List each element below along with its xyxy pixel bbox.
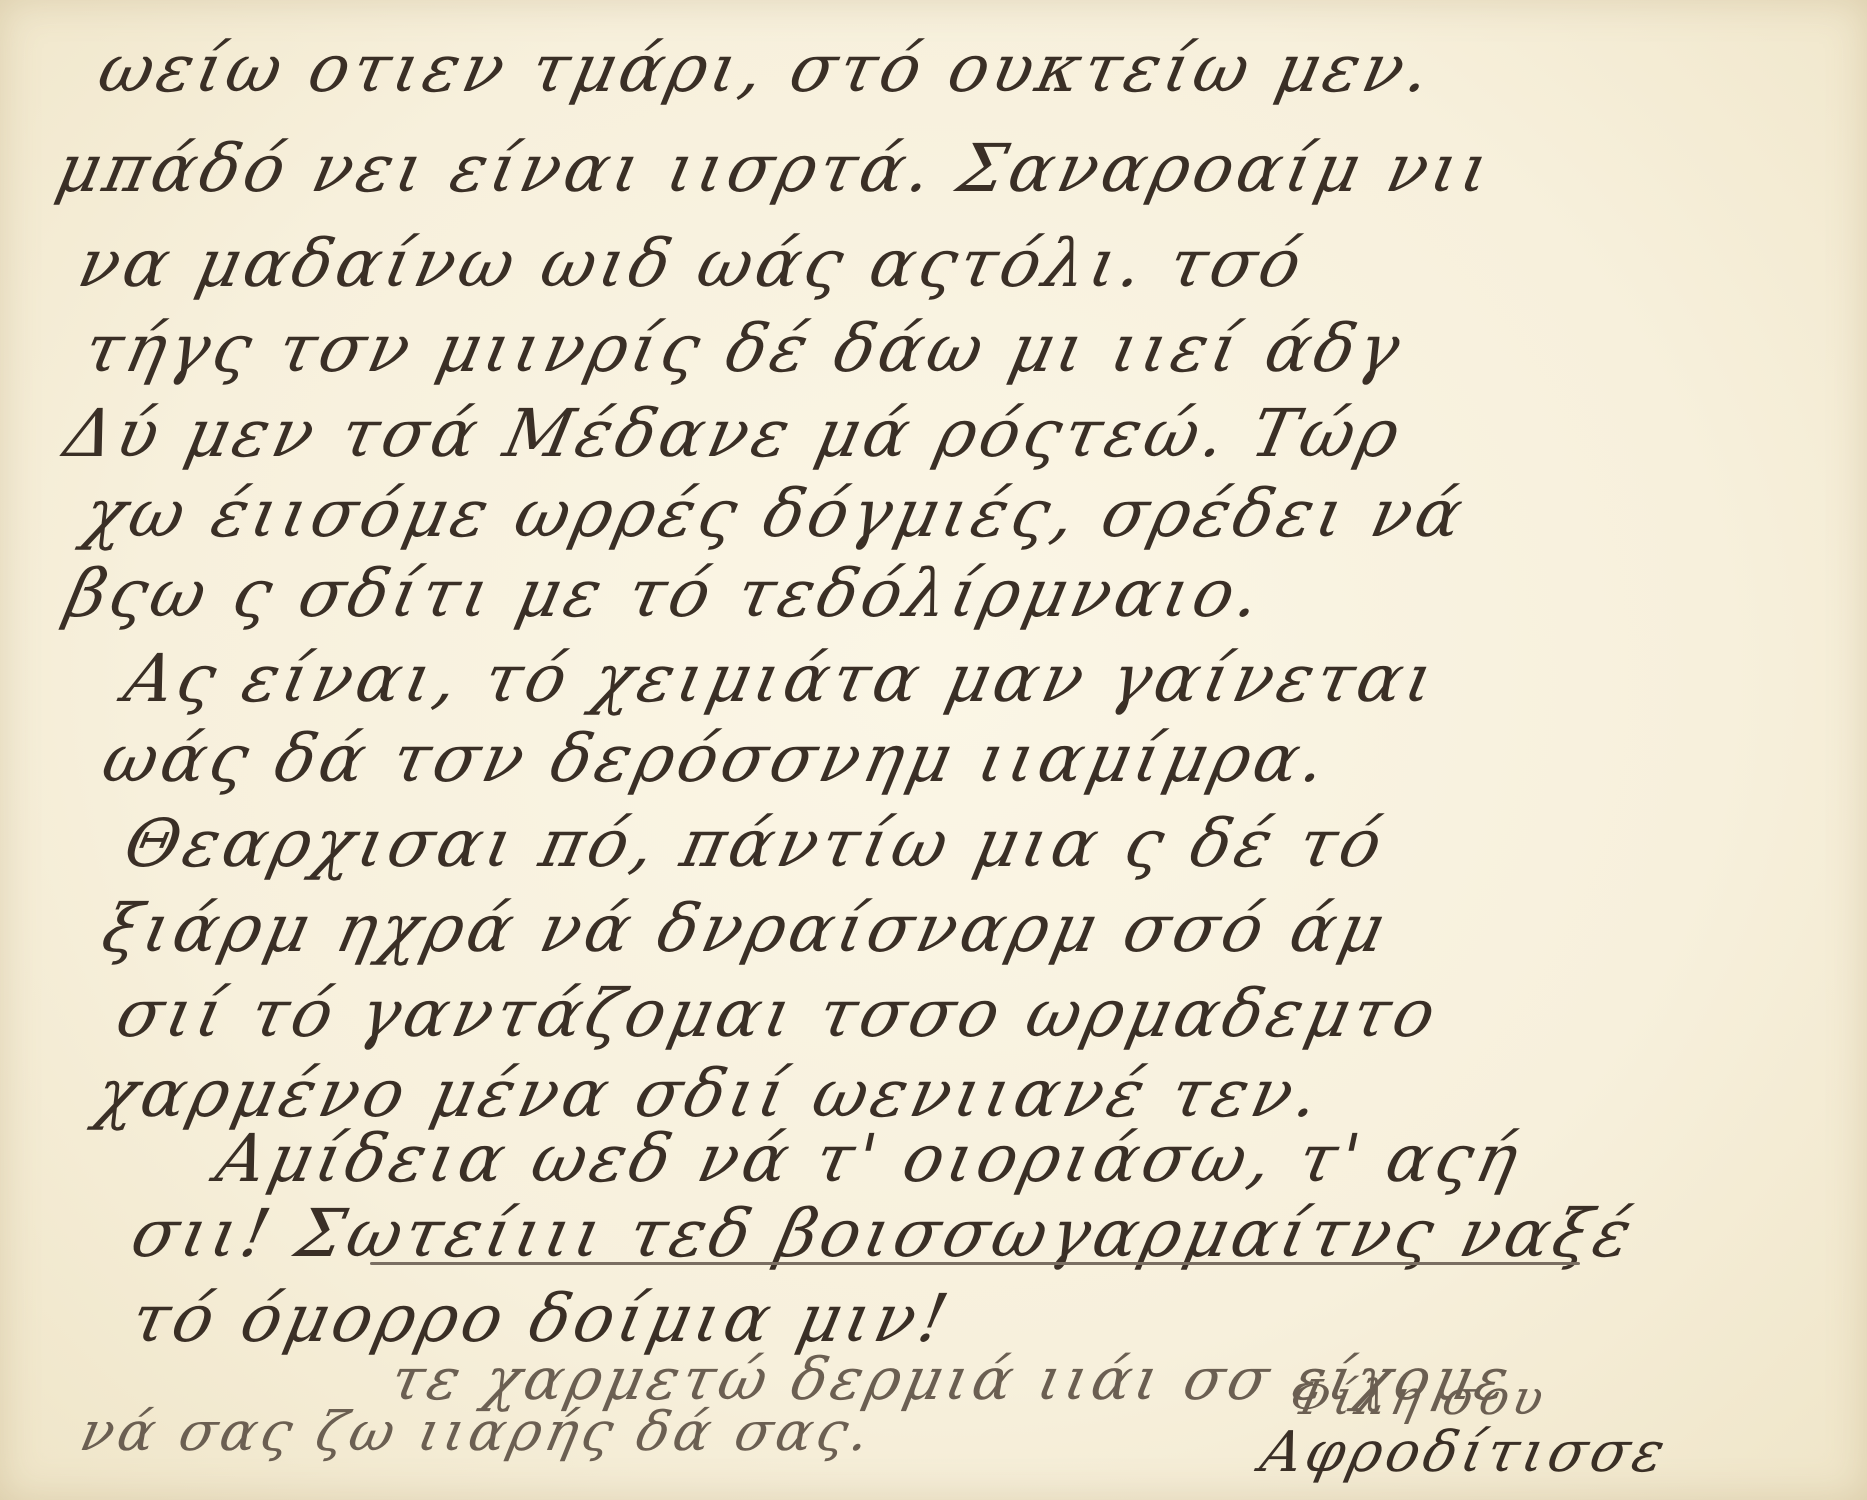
letter-line-12: σιί τό γαντάζομαι τσσο ωρμαδεμτο (110, 975, 1446, 1052)
letter-line-6: χω έιισόμε ωρρές δόγμιές, σρέδει νά (78, 475, 1473, 552)
signature: Αφροδίτισσε (1255, 1420, 1674, 1485)
underline (370, 1262, 1580, 1265)
letter-line-4: τήγς τσν μιινρίς δέ δάω μι ιιεί άδγ (78, 310, 1411, 387)
letter-line-5: Δύ μεν τσά Μέδανε μά ρόςτεώ. Τώρ (58, 395, 1410, 472)
letter-line-1: ωείω οτιεν τμάρι, στό ουκτείω μεν. (92, 30, 1441, 107)
closing-salutation: Φίλη σου (1285, 1370, 1552, 1426)
letter-line-18: νά σας ζω ιιαρής δά σας. (75, 1400, 879, 1463)
letter-line-9: ωάς δά τσν δερόσσνημ ιιαμίμρα. (96, 720, 1336, 797)
letter-line-8: Ας είναι, τό χειμιάτα μαν γαίνεται (118, 640, 1445, 717)
letter-paper: ωείω οτιεν τμάρι, στό ουκτείω μεν. μπάδό… (0, 0, 1867, 1500)
letter-line-7: βςω ς σδίτι με τό τεδόλίρμναιο. (60, 555, 1271, 632)
letter-line-3: να μαδαίνω ωιδ ωάς αςτόλι. τσό (72, 225, 1312, 302)
letter-line-11: ξιάρμ ηχρά νά δνραίσναρμ σσό άμ (96, 890, 1395, 967)
letter-line-10: Θεαρχισαι πό, πάντίω μια ς δέ τό (118, 805, 1393, 882)
letter-line-14: Αμίδεια ωεδ νά τ' οιοριάσω, τ' αςή (210, 1120, 1529, 1197)
letter-line-15: σιι! Σωτείιιι τεδ βοισσωγαρμαίτνς ναξέ (125, 1195, 1642, 1272)
letter-line-2: μπάδό νει είναι ιισρτά. Σαναροαίμ νιι (50, 130, 1500, 207)
